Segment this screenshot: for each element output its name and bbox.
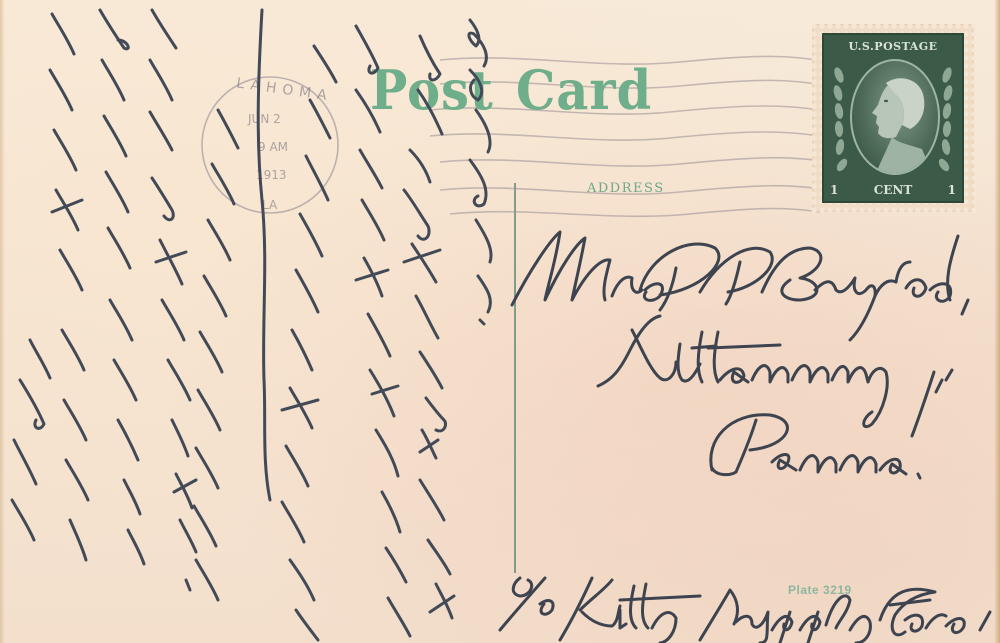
stamp-top-text: U.S.POSTAGE	[824, 40, 962, 53]
address-label: ADDRESS	[587, 181, 665, 196]
stamp-denomination: 1 CENT 1	[824, 183, 962, 197]
laurel-right-icon	[938, 65, 956, 175]
postmark-time: 9 AM	[258, 140, 288, 154]
postmark-date: JUN 2	[248, 112, 281, 126]
laurel-left-icon	[830, 65, 848, 175]
card-edge-right	[994, 0, 1000, 643]
divider-line	[514, 183, 516, 573]
postmark-state: LA	[262, 198, 277, 212]
postmark-town: LAHOMA	[235, 75, 333, 104]
postmark-year: 1913	[256, 168, 287, 182]
title-word-card: Card	[516, 58, 652, 122]
stamp-face: U.S.POSTAGE	[822, 33, 964, 203]
postcard-back: LAHOMA JUN 2 9 AM 1913 LA PostCard ADDRE…	[0, 0, 1000, 643]
plate-number: Plate 3219	[788, 583, 852, 597]
postcard-title: PostCard	[370, 58, 652, 122]
washington-portrait-icon	[850, 59, 940, 175]
stamp-value-right: 1	[948, 183, 956, 197]
card-edge-left	[0, 0, 5, 643]
postage-stamp: U.S.POSTAGE	[814, 26, 972, 210]
title-word-post: Post	[370, 58, 494, 122]
stamp-value-left: 1	[830, 183, 838, 197]
stamp-cent-label: CENT	[874, 183, 913, 197]
